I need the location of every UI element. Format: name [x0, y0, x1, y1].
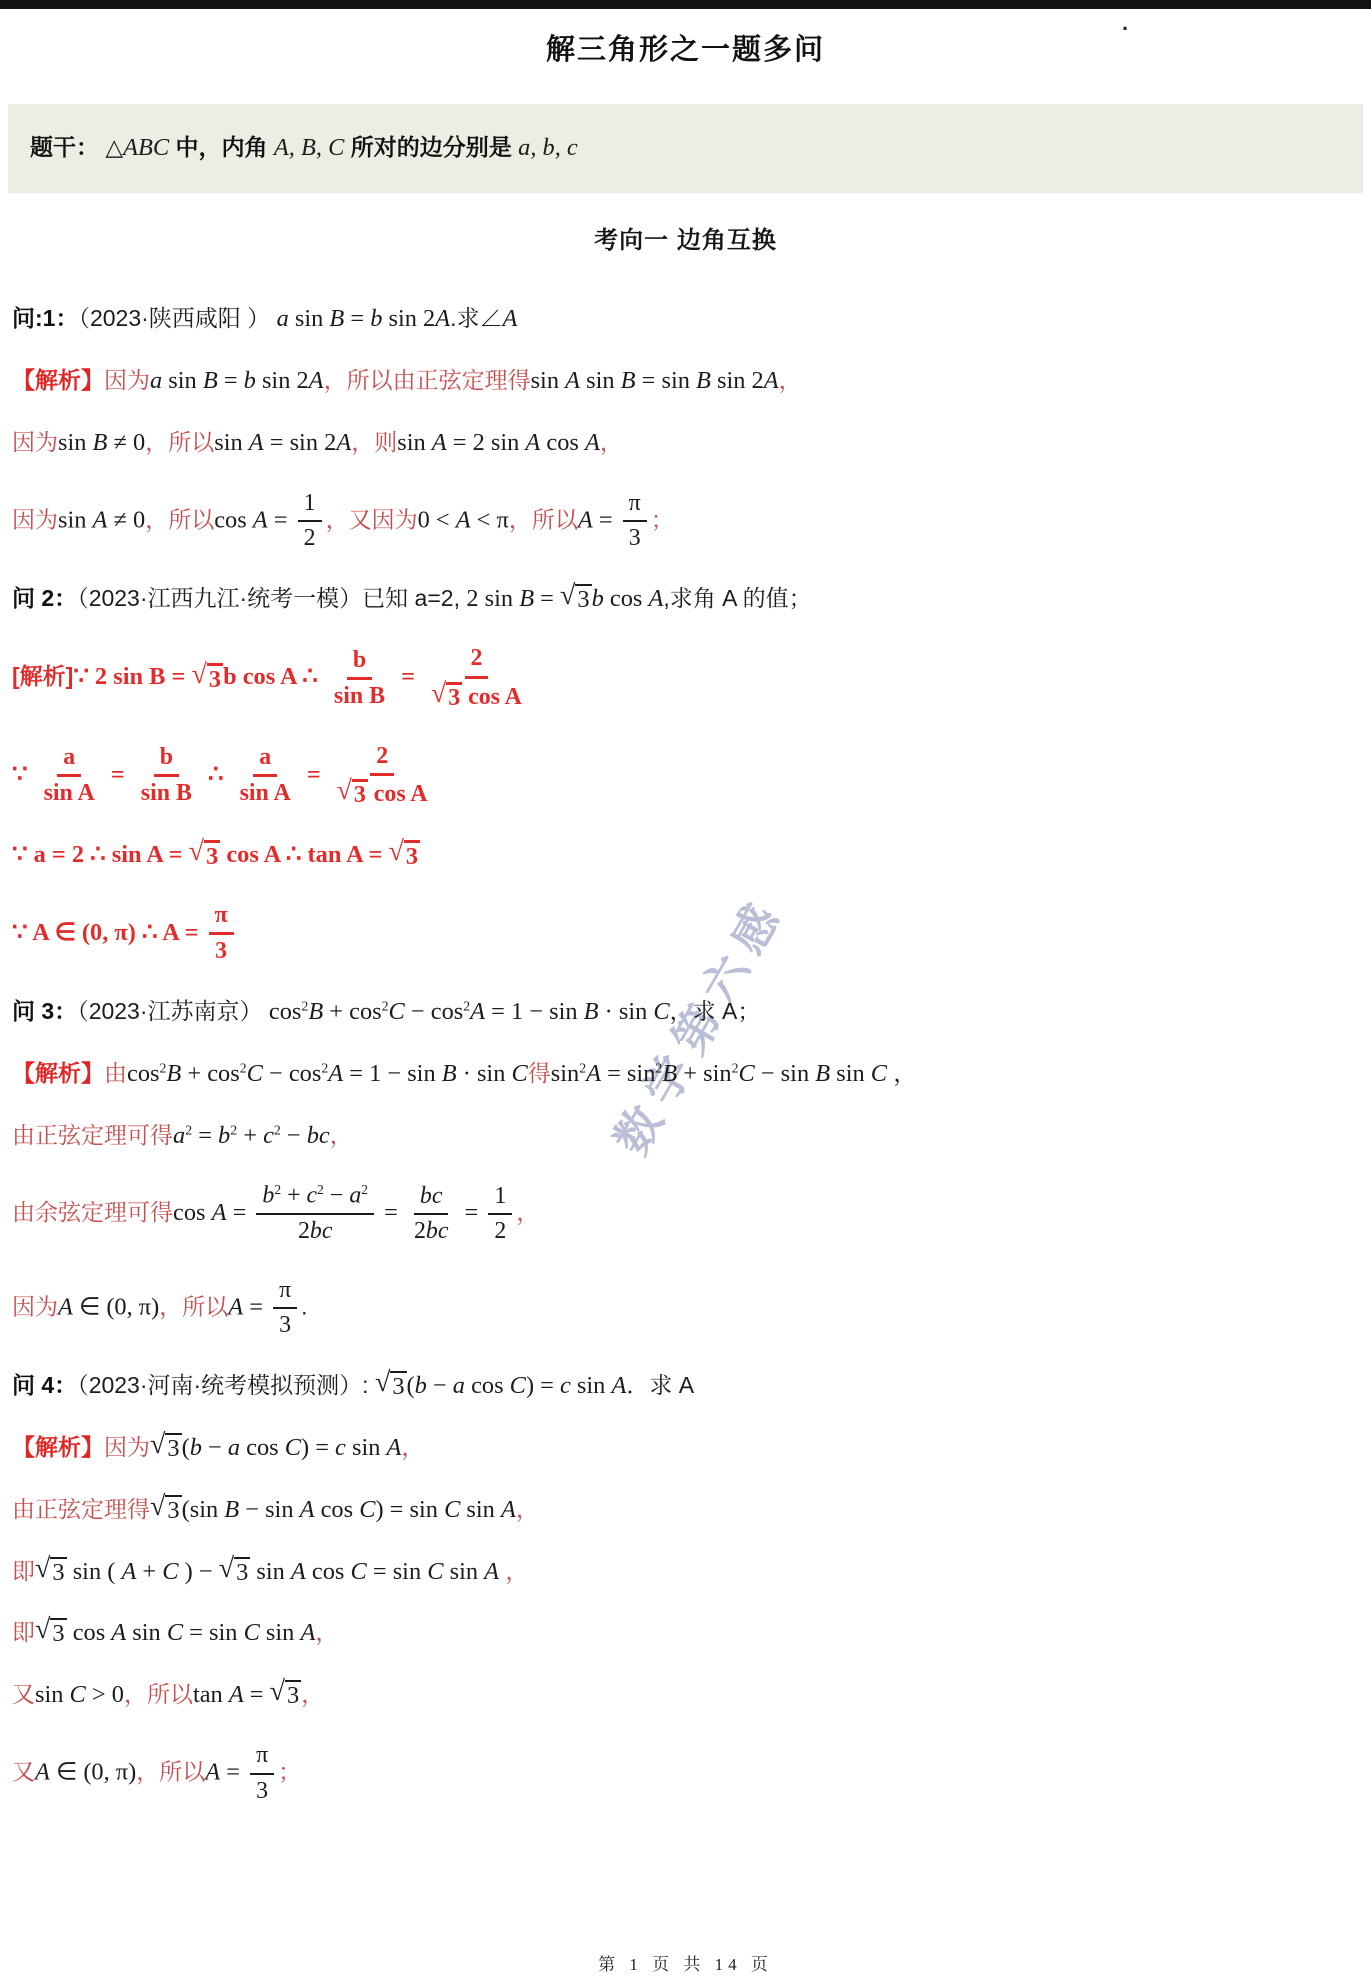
fraction-numerator: b2 + c2 − a2: [256, 1181, 374, 1215]
text-run: sin A: [44, 780, 95, 806]
text-run: =: [243, 1293, 269, 1320]
text-run: sin: [126, 1619, 167, 1646]
text-run: B: [442, 1060, 457, 1087]
text-run: ≠ 0: [107, 506, 145, 533]
sqrt-radical: √3: [191, 663, 223, 693]
text-run: =: [593, 506, 619, 533]
fraction-denominator: 3: [250, 1775, 274, 1806]
text-run: sin: [289, 305, 330, 332]
text-run: ，求 A；: [670, 998, 761, 1024]
text-run: =: [534, 585, 560, 612]
text-run: 3: [448, 685, 460, 711]
fraction-numerator: π: [209, 901, 234, 935]
text-run: = sin: [183, 1619, 243, 1646]
text-run: A: [309, 367, 324, 394]
q2-solution-line-4: ∵ A ∈ (0, π) ∴ A = π3: [12, 901, 1357, 967]
text-run: A: [578, 506, 593, 533]
text-run: cos A ∴ tan A =: [220, 841, 388, 868]
text-run: 由正弦定理可得: [12, 1122, 173, 1148]
fraction-numerator: 1: [488, 1182, 512, 1215]
q1-solution-line-3: 因为sin A ≠ 0，所以cos A = 12，又因为0 < A < π，所以…: [12, 489, 1357, 554]
radicand: 3: [285, 1680, 301, 1709]
text-run: B: [308, 998, 323, 1025]
text-run: ) = sin: [375, 1496, 444, 1523]
fraction-denominator: 2: [298, 522, 322, 553]
fraction-numerator: b: [347, 646, 372, 680]
radical-sign-icon: √: [375, 1369, 390, 1397]
text-run: B: [815, 1060, 830, 1087]
text-run: cos A: [462, 684, 522, 710]
radical-sign-icon: √: [189, 838, 204, 866]
text-run: sin: [551, 1060, 579, 1087]
q4-solution-line-2: 由正弦定理得√3(sin B − sin A cos C) = sin C si…: [12, 1494, 1357, 1527]
text-run: C: [351, 1558, 367, 1585]
text-run: A: [565, 367, 580, 394]
text-run: sin: [531, 367, 566, 394]
text-run: cos: [67, 1619, 112, 1646]
text-run: A: [484, 1558, 499, 1585]
text-run: b: [592, 585, 604, 612]
text-run: C: [285, 1434, 301, 1461]
text-run: cos A: [368, 781, 428, 807]
text-run: 3: [215, 938, 227, 964]
text-run: A: [585, 429, 600, 456]
text-run: ，: [301, 1681, 324, 1707]
fraction: π3: [209, 901, 234, 967]
sqrt-radical: √3: [150, 1433, 182, 1462]
text-run: − sin: [239, 1496, 299, 1523]
text-run: cos: [214, 506, 253, 533]
text-run: sin B: [141, 780, 192, 806]
text-run: 3: [206, 843, 218, 870]
text-run: − cos: [263, 1060, 321, 1087]
text-run: A: [764, 367, 779, 394]
text-run: 中，内角: [169, 134, 274, 160]
text-run: (: [407, 1372, 415, 1399]
text-run: C: [244, 1619, 260, 1646]
text-run: ∵ a = 2 ∴ sin A =: [12, 841, 189, 868]
text-run: + sin: [677, 1060, 731, 1087]
text-run: C: [427, 1558, 443, 1585]
top-black-bar: [0, 0, 1371, 9]
text-run: ，所以: [136, 1759, 205, 1785]
q4-heading: 问 4：（2023·河南·统考模拟预测）: √3(b − a cos C) = …: [12, 1370, 1357, 1403]
text-run: ，: [330, 1122, 353, 1148]
text-run: = sin: [601, 1060, 655, 1087]
fraction: π3: [250, 1741, 274, 1806]
text-run: ，所以: [145, 429, 214, 455]
text-run: B: [696, 367, 711, 394]
text-run: B: [224, 1496, 239, 1523]
text-run: > 0: [86, 1681, 124, 1708]
text-run: A: [387, 1434, 402, 1461]
text-run: A: [503, 305, 518, 332]
text-run: C: [389, 998, 405, 1025]
text-run: 3: [629, 525, 641, 551]
text-run: ∵: [12, 761, 34, 788]
text-run: ∴: [202, 761, 230, 788]
fraction-denominator: 2bc: [292, 1215, 338, 1246]
fraction-denominator: √3 cos A: [425, 679, 528, 713]
text-run: A: [205, 1759, 220, 1786]
q3-solution-line-2: 由正弦定理可得a2 = b2 + c2 − bc，: [12, 1120, 1357, 1153]
text-run: B: [203, 367, 218, 394]
text-run: cos: [540, 429, 585, 456]
text-run: a: [228, 1434, 240, 1461]
text-run: C: [653, 998, 669, 1025]
text-run: sin: [397, 429, 432, 456]
text-run: A: [300, 1496, 315, 1523]
text-run: 因为: [12, 1293, 58, 1319]
text-run: 3: [167, 1435, 179, 1462]
text-run: bc: [310, 1218, 333, 1244]
radicand: 3: [390, 1371, 406, 1400]
q2-heading: 问 2：（2023·江西九江·统考一模）已知 a=2, 2 sin B = √3…: [12, 583, 1357, 616]
text-run: =: [220, 1759, 246, 1786]
text-run: ，: [779, 367, 802, 393]
text-run: = sin: [367, 1558, 427, 1585]
text-run: 2 sin: [466, 585, 519, 612]
text-run: 由正弦定理得: [12, 1496, 150, 1522]
text-run: 又: [12, 1759, 35, 1785]
text-run: −: [281, 1122, 307, 1149]
text-run: B: [621, 367, 636, 394]
text-run: =: [378, 1199, 404, 1226]
text-run: a: [173, 1122, 185, 1149]
radicand: 3: [207, 663, 223, 693]
sqrt-radical: √3: [219, 1557, 251, 1586]
text-run: A: [35, 1759, 50, 1786]
text-run: 【解析】: [12, 1434, 104, 1460]
text-run: =: [192, 1122, 218, 1149]
text-run: 问 4：: [12, 1372, 77, 1398]
fraction: 12: [298, 489, 322, 554]
text-run: − cos: [405, 998, 463, 1025]
top-dot: .: [1122, 10, 1128, 36]
text-run: =: [218, 367, 244, 394]
q3-solution-line-3: 由余弦定理可得cos A = b2 + c2 − a22bc = bc2bc =…: [12, 1181, 1357, 1246]
text-run: 3: [354, 782, 366, 808]
text-run: b: [353, 647, 366, 673]
content: 问:1：（2023·陕西咸阳 ） a sin B = b sin 2A.求∠A …: [0, 255, 1371, 1806]
text-run: cos: [127, 1060, 160, 1087]
text-run: π: [279, 1277, 291, 1303]
text-run: C: [871, 1060, 887, 1087]
q4-solution-line-5: 又sin C > 0，所以tan A = √3，: [12, 1679, 1357, 1712]
text-run: 2: [304, 525, 316, 551]
text-run: ∵ 2 sin B =: [73, 664, 191, 691]
text-run: 因为: [104, 367, 150, 393]
text-run: cos: [465, 1372, 510, 1399]
text-run: A: [456, 506, 471, 533]
text-run: sin: [58, 429, 93, 456]
text-run: −: [427, 1372, 453, 1399]
radical-sign-icon: √: [337, 777, 352, 805]
text-run: c: [560, 1372, 571, 1399]
radicand: 3: [50, 1618, 66, 1647]
fraction-numerator: bc: [414, 1182, 449, 1215]
text-run: ) −: [179, 1558, 219, 1585]
q3-solution-line-4: 因为A ∈ (0, π)，所以A = π3.: [12, 1276, 1357, 1341]
q4-solution-line-6: 又A ∈ (0, π)，所以A = π3；: [12, 1741, 1357, 1806]
text-run: bc: [307, 1122, 330, 1149]
text-run: ∈: [73, 1293, 106, 1320]
text-run: bc: [426, 1218, 449, 1244]
text-run: a: [453, 1372, 465, 1399]
text-run: B: [662, 1060, 677, 1087]
text-run: .求∠: [450, 305, 502, 331]
text-run: 因为: [12, 429, 58, 455]
radicand: 3: [352, 779, 368, 809]
text-run: sin: [260, 1619, 301, 1646]
text-run: 3: [52, 1559, 64, 1586]
text-run: π: [256, 1742, 268, 1768]
text-run: a: [150, 367, 162, 394]
text-run: sin 2: [711, 367, 764, 394]
text-run: （2023·陕西咸阳 ）: [78, 305, 276, 331]
text-run: ．求 A: [626, 1372, 694, 1398]
radical-sign-icon: √: [388, 838, 403, 866]
text-run: a: [349, 1183, 361, 1209]
stem-box: 题干： △ABC 中，内角 A, B, C 所对的边分别是 a, b, c: [8, 104, 1363, 193]
text-run: =: [458, 1199, 484, 1226]
q2-solution-line-1: [解析]∵ 2 sin B = √3b cos A ∴ bsin B = 2√3…: [12, 644, 1357, 712]
radicand: 3: [165, 1433, 181, 1462]
text-run: a: [259, 744, 271, 770]
text-run: ∈: [50, 1759, 83, 1786]
text-run: ，: [516, 1496, 539, 1522]
text-run: c: [307, 1183, 318, 1209]
text-run: c: [263, 1122, 274, 1149]
text-run: C: [167, 1619, 183, 1646]
text-run: sin: [214, 429, 249, 456]
text-run: cos: [315, 1496, 360, 1523]
text-run: ，所以由正弦定理得: [324, 367, 531, 393]
text-run: A: [300, 1619, 315, 1646]
fraction-denominator: 2: [488, 1215, 512, 1246]
text-run: cos: [604, 585, 649, 612]
text-run: 2: [298, 1218, 310, 1244]
text-run: B: [519, 585, 534, 612]
text-run: b: [244, 367, 256, 394]
text-run: = 1 − sin: [343, 1060, 442, 1087]
fraction-numerator: a: [253, 743, 277, 777]
text-run: =: [268, 506, 294, 533]
text-run: 2: [414, 1218, 426, 1244]
q3-solution-line-1: 【解析】由cos2B + cos2C − cos2A = 1 − sin B ·…: [12, 1058, 1357, 1091]
fraction-numerator: π: [273, 1276, 297, 1309]
text-run: π: [629, 490, 641, 516]
text-run: .: [301, 1293, 307, 1319]
q3-heading: 问 3：（2023·江苏南京） cos2B + cos2C − cos2A = …: [12, 996, 1357, 1029]
sqrt-radical: √3: [337, 779, 368, 809]
fraction-denominator: 2bc: [408, 1215, 454, 1246]
text-run: +: [237, 1122, 263, 1149]
text-run: 1: [494, 1183, 506, 1209]
text-run: △: [105, 134, 123, 160]
text-run: （2023·江苏南京）: [77, 998, 269, 1024]
text-run: cos: [269, 998, 302, 1025]
text-run: ，则: [351, 429, 397, 455]
text-run: ，: [315, 1619, 338, 1645]
text-run: A: [470, 998, 485, 1025]
text-run: 因为: [12, 506, 58, 532]
text-run: 3: [577, 586, 589, 613]
page-title: 解三角形之一题多问: [0, 0, 1371, 68]
text-run: < π: [471, 506, 509, 533]
text-run: A, B, C: [274, 134, 344, 161]
text-run: + cos: [181, 1060, 239, 1087]
radicand: 3: [204, 840, 220, 870]
text-run: 由余弦定理可得: [12, 1199, 173, 1225]
radical-sign-icon: √: [560, 582, 575, 610]
text-run: A: [229, 1681, 244, 1708]
sqrt-radical: √3: [150, 1495, 182, 1524]
text-run: cos: [240, 1434, 285, 1461]
fraction: bsin B: [328, 646, 391, 712]
text-run: cos: [173, 1199, 212, 1226]
text-run: 问:1：: [12, 305, 78, 331]
radical-sign-icon: √: [219, 1555, 234, 1583]
text-run: B: [166, 1060, 181, 1087]
text-run: (sin: [182, 1496, 225, 1523]
text-run: 3: [209, 666, 221, 693]
text-run: ∵ A ∈ (0, π) ∴ A =: [12, 919, 205, 946]
fraction-numerator: π: [250, 1741, 274, 1774]
text-run: −: [324, 1183, 349, 1209]
radical-sign-icon: √: [270, 1678, 285, 1706]
text-run: 又: [12, 1681, 35, 1707]
q1-heading: 问:1：（2023·陕西咸阳 ） a sin B = b sin 2A.求∠A: [12, 303, 1357, 336]
radicand: 3: [575, 584, 591, 613]
text-run: =: [244, 1681, 270, 1708]
sqrt-radical: √3: [560, 584, 592, 613]
text-run: bc: [420, 1183, 443, 1209]
text-run: 【解析】: [12, 1060, 104, 1086]
fraction: π3: [623, 489, 647, 554]
text-run: ，所以: [145, 506, 214, 532]
text-run: =: [226, 1199, 252, 1226]
text-run: ，: [516, 1199, 539, 1225]
text-run: C: [511, 1060, 527, 1087]
text-run: sin: [830, 1060, 871, 1087]
fraction-denominator: sin B: [328, 680, 391, 711]
text-run: A: [111, 1619, 126, 1646]
text-run: [解析]: [12, 664, 73, 690]
text-run: 由: [104, 1060, 127, 1086]
text-run: 3: [279, 1312, 291, 1338]
text-run: a: [63, 744, 75, 770]
text-run: C: [510, 1372, 526, 1399]
fraction-numerator: b: [154, 743, 179, 777]
text-run: =: [301, 761, 327, 788]
text-run: 2: [376, 743, 388, 769]
text-run: π: [215, 902, 228, 928]
text-run: 问 2：: [12, 585, 77, 611]
problem-2: 问 2：（2023·江西九江·统考一模）已知 a=2, 2 sin B = √3…: [12, 583, 1357, 967]
fraction-numerator: 2: [465, 644, 489, 678]
text-run: = 1 − sin: [485, 998, 584, 1025]
text-run: 得: [528, 1060, 551, 1086]
text-run: A: [58, 1293, 73, 1320]
radicand: 3: [446, 682, 462, 712]
superscript: 2: [361, 1182, 368, 1197]
text-run: = sin: [636, 367, 696, 394]
text-run: A: [525, 429, 540, 456]
text-run: ；: [651, 506, 674, 532]
text-run: ABC: [123, 134, 169, 161]
text-run: sin: [444, 1558, 485, 1585]
text-run: （2023·江西九江·统考一模）已知 a=2,: [77, 585, 466, 611]
superscript: 2: [382, 998, 389, 1013]
text-run: a, b, c: [518, 134, 578, 161]
text-run: a: [277, 305, 289, 332]
text-run: +: [281, 1183, 306, 1209]
fraction: asin A: [234, 743, 297, 809]
text-run: ，: [401, 1434, 424, 1460]
text-run: (0, π): [83, 1759, 136, 1786]
text-run: + cos: [323, 998, 381, 1025]
fraction-numerator: 1: [298, 489, 322, 522]
text-run: 问 3：: [12, 998, 77, 1024]
text-run: C: [70, 1681, 86, 1708]
text-run: A: [648, 585, 663, 612]
text-run: sin: [460, 1496, 501, 1523]
text-run: ≠ 0: [107, 429, 145, 456]
text-run: ，: [600, 429, 623, 455]
text-run: A: [212, 1199, 227, 1226]
text-run: sin: [346, 1434, 387, 1461]
text-run: ；: [278, 1759, 301, 1785]
sqrt-radical: √3: [270, 1680, 302, 1709]
text-run: C: [162, 1558, 178, 1585]
q2-solution-line-2: ∵ asin A = bsin B ∴ asin A = 2√3 cos A: [12, 742, 1357, 810]
radicand: 3: [165, 1495, 181, 1524]
text-run: =: [344, 305, 370, 332]
fraction: 2√3 cos A: [331, 742, 434, 810]
fraction: 12: [488, 1182, 512, 1247]
text-run: A: [336, 429, 351, 456]
superscript: 2: [240, 1060, 247, 1075]
text-run: A: [249, 429, 264, 456]
text-run: A: [611, 1372, 626, 1399]
section-heading: 考向一 边角互换: [0, 220, 1371, 255]
fraction: asin A: [38, 743, 101, 809]
text-run: A: [93, 506, 108, 533]
problem-3: 问 3：（2023·江苏南京） cos2B + cos2C − cos2A = …: [12, 996, 1357, 1341]
text-run: = sin 2: [264, 429, 337, 456]
text-run: · sin: [457, 1060, 512, 1087]
text-run: C: [444, 1496, 460, 1523]
text-run: −: [202, 1434, 228, 1461]
sqrt-radical: √3: [388, 840, 420, 870]
text-run: A: [228, 1293, 243, 1320]
fraction-denominator: sin B: [135, 777, 198, 808]
text-run: 3: [392, 1373, 404, 1400]
fraction-numerator: 2: [370, 742, 394, 776]
radical-sign-icon: √: [35, 1616, 50, 1644]
text-run: sin: [571, 1372, 612, 1399]
text-run: 所对的边分别是: [344, 134, 518, 160]
text-run: (0, π): [106, 1293, 159, 1320]
text-run: · sin: [599, 998, 654, 1025]
sqrt-radical: √3: [35, 1557, 67, 1586]
text-run: 3: [167, 1497, 179, 1524]
text-run: − sin: [755, 1060, 815, 1087]
fraction: bc2bc: [408, 1182, 454, 1247]
text-run: b: [415, 1372, 427, 1399]
fraction: π3: [273, 1276, 297, 1341]
